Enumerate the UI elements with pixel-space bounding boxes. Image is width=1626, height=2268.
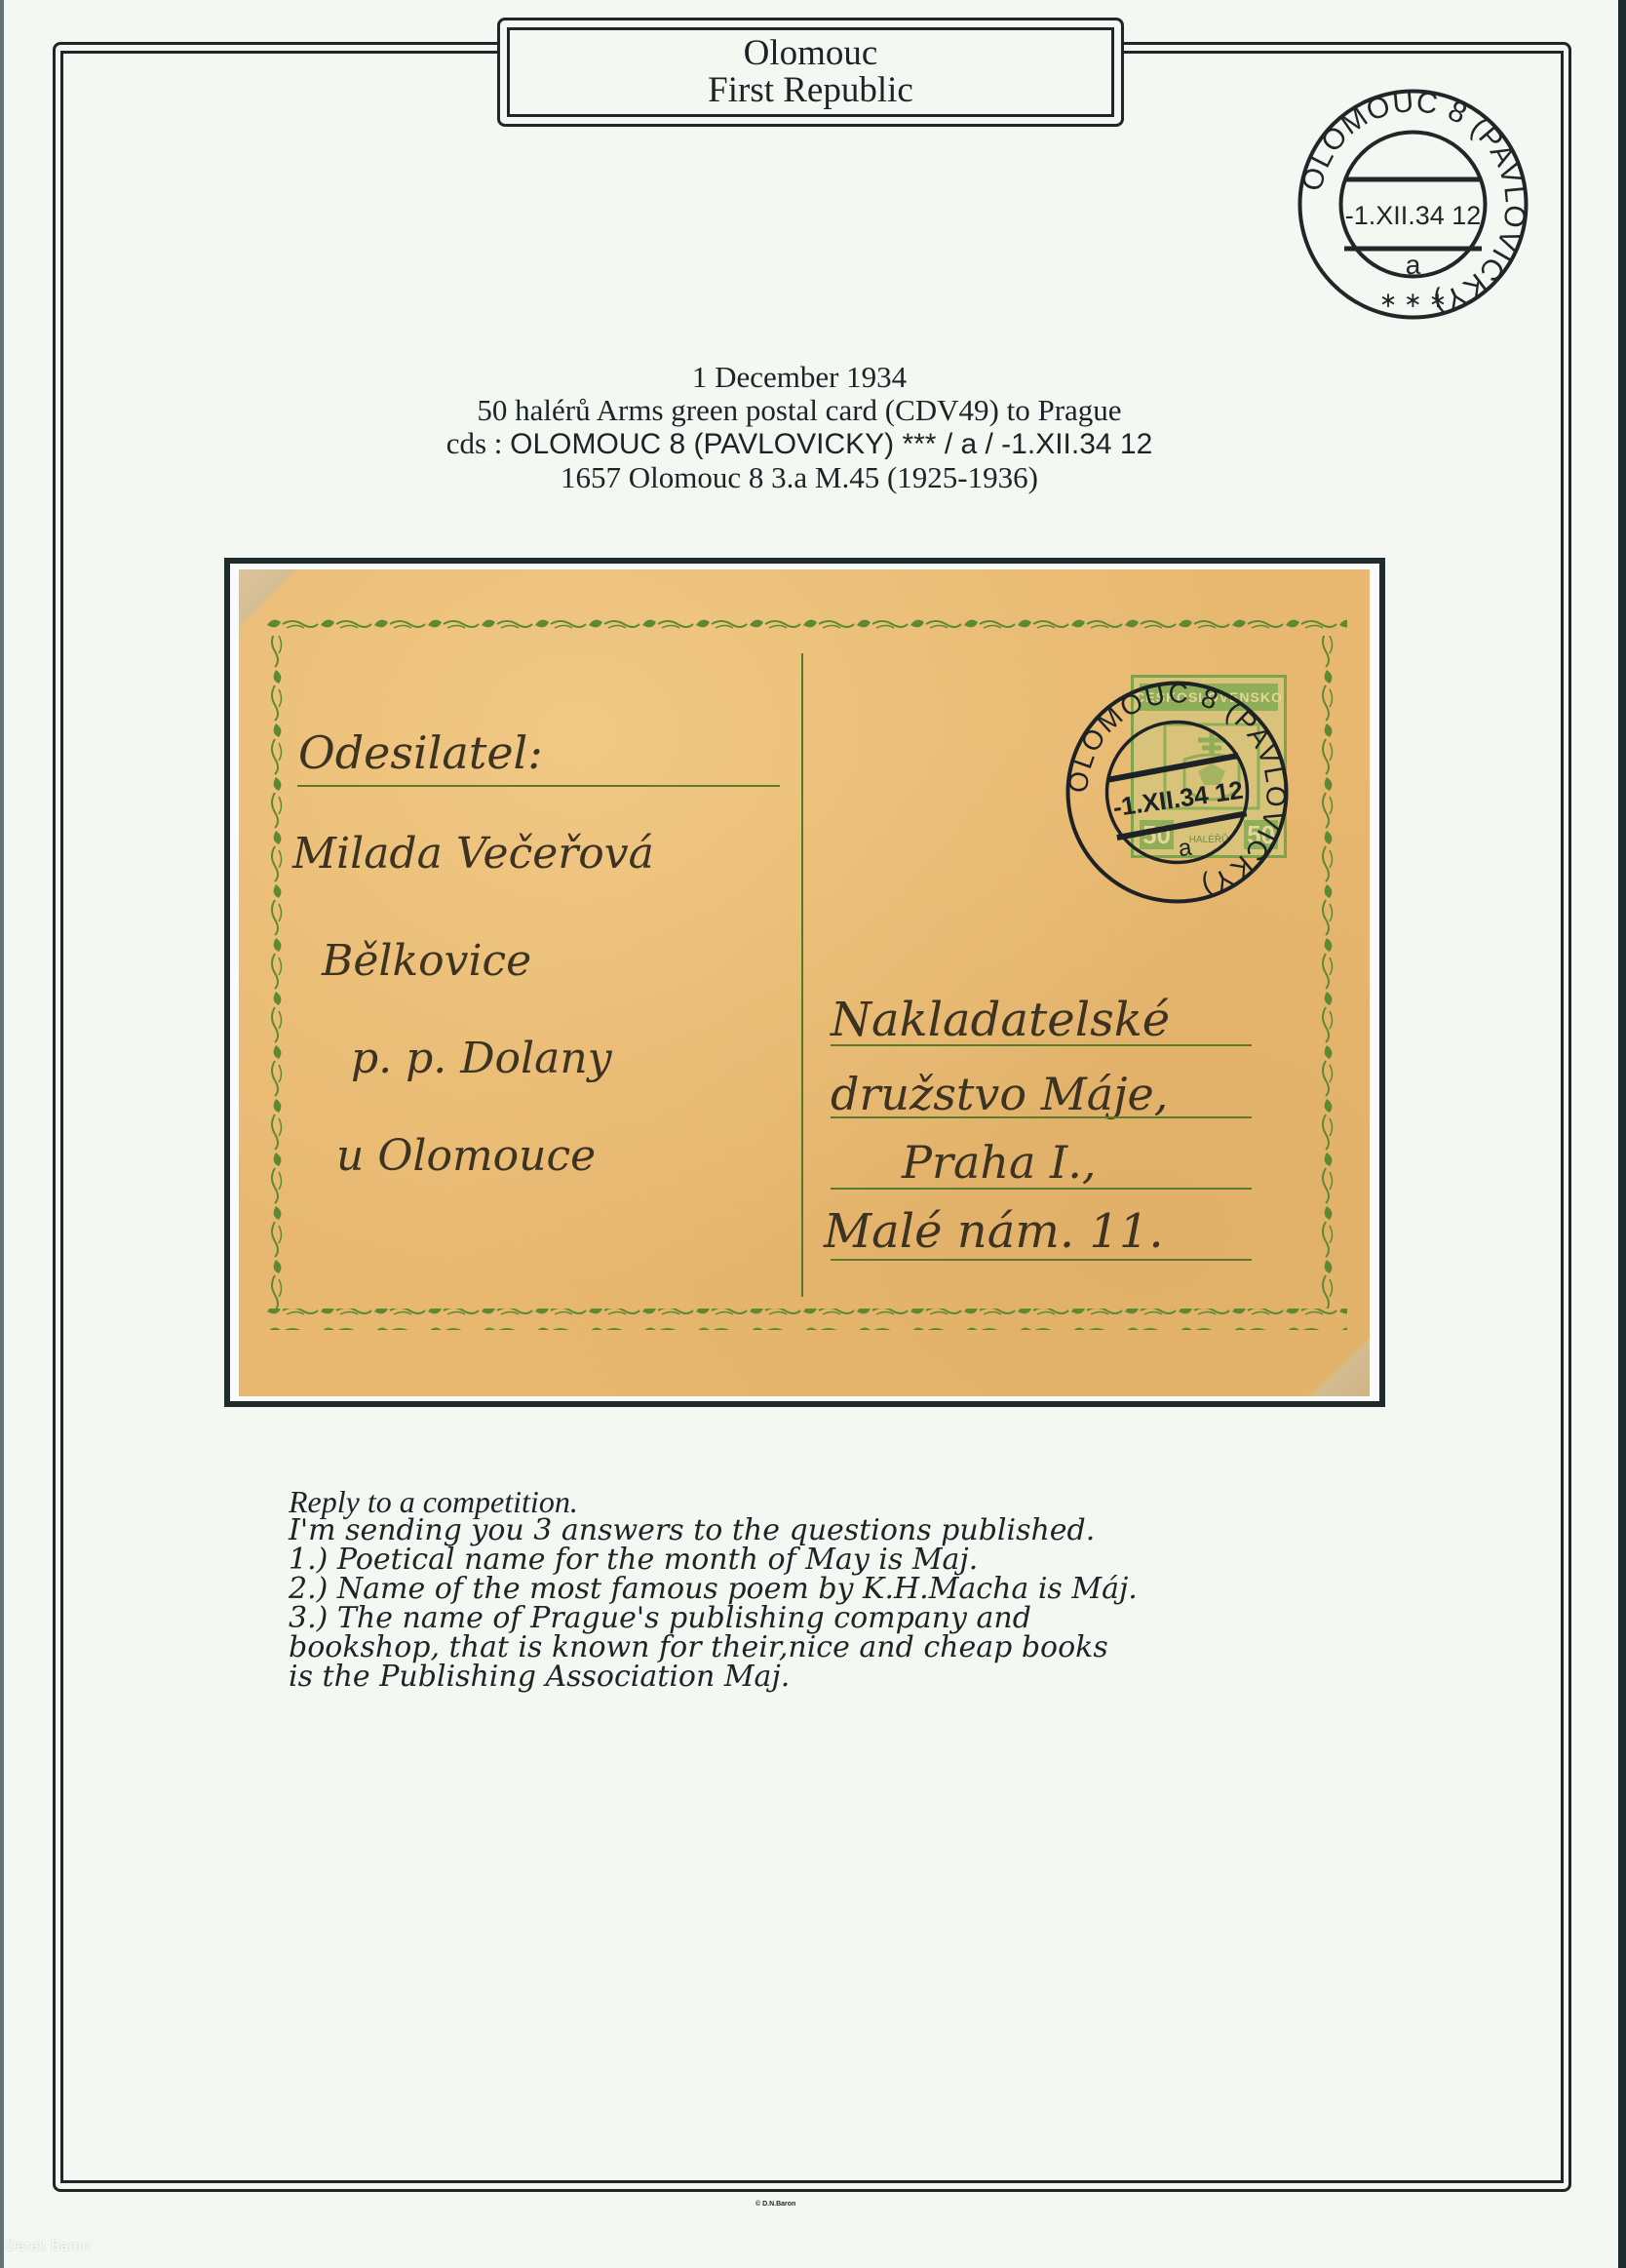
address-line-2 — [831, 1116, 1252, 1118]
caption-cds: cds : OLOMOUC 8 (PAVLOVICKY) *** / a / -… — [292, 427, 1306, 461]
card-divider-line — [801, 653, 803, 1297]
caption-cds-text: OLOMOUC 8 (PAVLOVICKY) *** / a / -1.XII.… — [510, 428, 1152, 460]
recipient-line-3: Praha I., — [902, 1136, 1096, 1189]
translation-text: Reply to a competition. I'm sending you … — [289, 1487, 1302, 1692]
sender-name: Milada Večeřová — [292, 829, 654, 879]
caption-description: 50 halérů Arms green postal card (CDV49)… — [292, 394, 1306, 427]
svg-text:a: a — [1177, 835, 1194, 863]
caption-date: 1 December 1934 — [292, 361, 1306, 394]
page-title: Olomouc First Republic — [507, 27, 1114, 117]
recipient-line-1: Nakladatelské — [831, 993, 1170, 1047]
title-city: Olomouc — [744, 35, 878, 72]
translation-line: I'm sending you 3 answers to the questio… — [289, 1516, 1302, 1545]
recipient-line-4: Malé nám. 11. — [824, 1204, 1164, 1259]
address-line-1 — [831, 1044, 1252, 1046]
scan-edge-right — [1618, 0, 1626, 2268]
sender-district: u Olomouce — [336, 1131, 596, 1181]
caption-cds-prefix: cds : — [446, 426, 510, 460]
svg-text:∗ ∗ ∗: ∗ ∗ ∗ — [1379, 289, 1447, 313]
copyright-notice: © D.N.Baron — [755, 2201, 795, 2208]
scan-edge-left — [0, 0, 4, 2268]
translation-title: Reply to a competition. — [289, 1487, 1302, 1516]
title-period: First Republic — [708, 72, 913, 109]
svg-text:-1.XII.34 12: -1.XII.34 12 — [1345, 201, 1482, 230]
photographer-watermark: Derek Baron — [6, 2239, 91, 2254]
sender-label-underline — [297, 785, 780, 787]
address-line-3 — [831, 1188, 1252, 1190]
sender-village: Bělkovice — [322, 936, 531, 986]
translation-line: 1.) Poetical name for the month of May i… — [289, 1545, 1302, 1575]
card-postmark-icon: OLOMOUC 8 (PAVLOVICKY) -1.XII.34 12 a — [1058, 673, 1297, 912]
caption-reference: 1657 Olomouc 8 3.a M.45 (1925-1936) — [292, 461, 1306, 494]
recipient-line-2: družstvo Máje, — [831, 1068, 1168, 1120]
sender-post-office: p. p. Dolany — [351, 1034, 612, 1083]
svg-text:a: a — [1406, 250, 1421, 280]
item-caption: 1 December 1934 50 halérů Arms green pos… — [292, 361, 1306, 494]
address-line-4 — [831, 1259, 1252, 1261]
translation-line: 2.) Name of the most famous poem by K.H.… — [289, 1575, 1302, 1604]
sender-label: Odesilatel: — [298, 726, 543, 779]
translation-line: bookshop, that is known for their,nice a… — [289, 1633, 1302, 1662]
translation-line: is the Publishing Association Maj. — [289, 1662, 1302, 1692]
translation-line: 3.) The name of Prague's publishing comp… — [289, 1604, 1302, 1633]
postmark-illustration-icon: OLOMOUC 8 (PAVLOVICKY) -1.XII.34 12 a ∗ … — [1294, 85, 1532, 324]
